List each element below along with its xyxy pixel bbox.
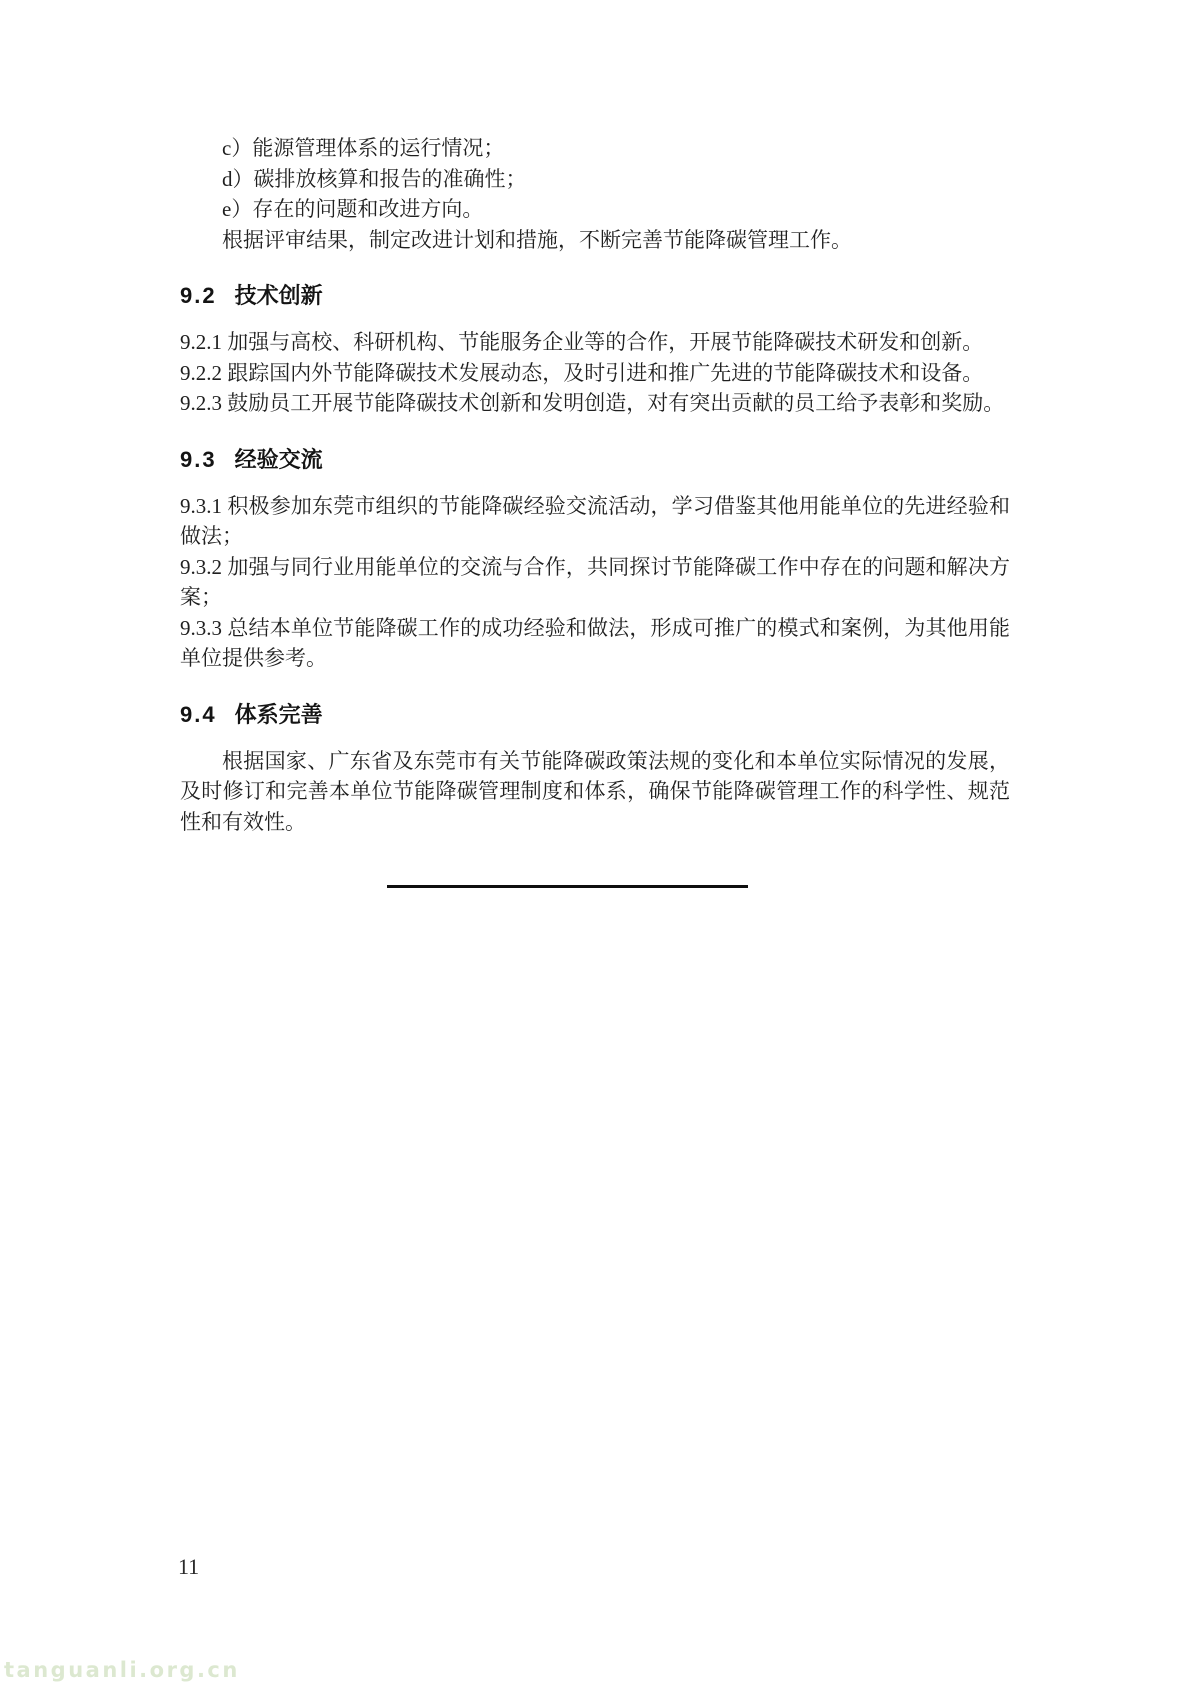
list-item-c: c）能源管理体系的运行情况； [180,133,1010,164]
section-heading-9-4: 9.4体系完善 [180,700,1010,730]
paragraph-9-4: 根据国家、广东省及东莞市有关节能降碳政策法规的变化和本单位实际情况的发展，及时修… [180,746,1010,838]
paragraph-9-2-2: 9.2.2 跟踪国内外节能降碳技术发展动态，及时引进和推广先进的节能降碳技术和设… [180,358,1010,389]
paragraph-9-3-3: 9.3.3 总结本单位节能降碳工作的成功经验和做法，形成可推广的模式和案例，为其… [180,613,1010,674]
section-heading-9-2: 9.2技术创新 [180,281,1010,311]
section-title: 体系完善 [235,702,323,727]
closing-paragraph: 根据评审结果，制定改进计划和措施，不断完善节能降碳管理工作。 [180,225,1010,256]
section-heading-9-3: 9.3经验交流 [180,445,1010,475]
paragraph-9-2-1: 9.2.1 加强与高校、科研机构、节能服务企业等的合作，开展节能降碳技术研发和创… [180,327,1010,358]
section-number: 9.3 [180,445,217,475]
paragraph-9-3-1: 9.3.1 积极参加东莞市组织的节能降碳经验交流活动，学习借鉴其他用能单位的先进… [180,491,1010,552]
page-number: 11 [178,1554,199,1580]
section-title: 经验交流 [235,447,323,472]
list-item-d: d）碳排放核算和报告的准确性； [180,164,1010,195]
document-page: c）能源管理体系的运行情况； d）碳排放核算和报告的准确性； e）存在的问题和改… [0,0,1190,1683]
section-number: 9.2 [180,281,217,311]
paragraph-9-3-2: 9.3.2 加强与同行业用能单位的交流与合作，共同探讨节能降碳工作中存在的问题和… [180,552,1010,613]
paragraph-9-2-3: 9.2.3 鼓励员工开展节能降碳技术创新和发明创造，对有突出贡献的员工给予表彰和… [180,388,1010,419]
section-divider [387,885,748,888]
list-item-e: e）存在的问题和改进方向。 [180,194,1010,225]
watermark-text: tanguanli.org.cn [4,1658,240,1683]
section-number: 9.4 [180,700,217,730]
page-content: c）能源管理体系的运行情况； d）碳排放核算和报告的准确性； e）存在的问题和改… [180,133,1010,888]
section-title: 技术创新 [235,283,323,308]
